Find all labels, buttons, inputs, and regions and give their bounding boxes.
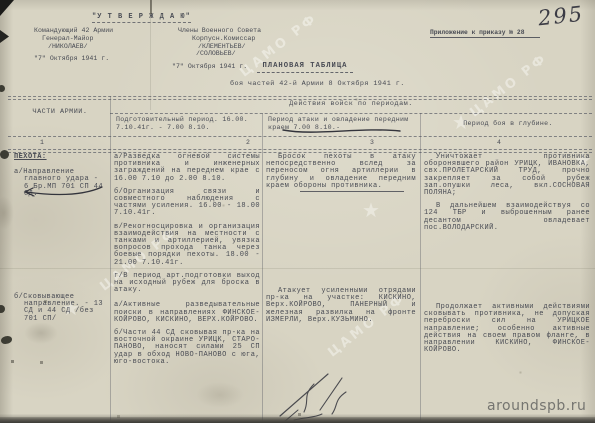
handwritten-scribbles: [276, 368, 366, 423]
depth-item: В дальнейшем взаимодействуя со 124 ТБР и…: [424, 203, 590, 232]
attack-item: Бросок пехоты в атаку непосредственно вс…: [266, 154, 416, 190]
edge-tear-mark: [0, 30, 9, 43]
depth-item: Продолжает активными действиями сковыват…: [424, 304, 590, 354]
paper-stain: [196, 382, 244, 408]
scan-bottom-edge: [0, 417, 595, 423]
depth-item: Уничтожает противника оборонявшего район…: [424, 154, 590, 197]
column-header-preparation: Подготовительный период. 16.00. 7.10.41г…: [116, 116, 260, 132]
span-header-rule: [110, 113, 592, 114]
column-number-2: 2: [246, 139, 250, 146]
preparation-item: б/Части 44 СД сковывая пр-ка на восточно…: [114, 330, 260, 366]
paper-stain: [24, 322, 58, 344]
units-heading: ПЕХОТА:: [14, 154, 106, 161]
punch-hole: [0, 85, 5, 92]
cell-attack: Бросок пехоты в атаку непосредственно вс…: [266, 154, 416, 330]
span-header-periods: Действия войск по периодам.: [110, 100, 592, 108]
handwritten-underline-mark: [280, 126, 404, 136]
approve-stamp: "У Т В Е Р Ж Д А Ю": [92, 13, 191, 23]
council-post: Члены Военного Совета: [172, 27, 300, 35]
period-header-rule: [8, 136, 592, 137]
fold-crease: [0, 268, 595, 269]
site-watermark: aroundspb.ru: [487, 398, 586, 414]
council-name-1: /КЛЕМЕНТЬЕВ/: [172, 43, 300, 51]
preparation-item: в/Рекогносцировка и организация взаимоде…: [114, 224, 260, 267]
commander-post: Командующий 42 Армии: [34, 27, 164, 35]
preparation-item: а/Разведка огневой системы противника и …: [114, 154, 260, 183]
commander-name: /НИКОЛАЕВ/: [34, 43, 164, 51]
commander-rank: Генерал-Майор: [34, 35, 164, 43]
document-subtitle: боя частей 42-й Армии 8 Октября 1941 г.: [230, 80, 422, 88]
commander-date: "7" Октября 1941 г.: [34, 55, 164, 63]
council-rank: Корпусн.Комиссар: [172, 35, 300, 43]
column-header-depth: Период боя в глубине.: [426, 120, 590, 128]
document-title: ПЛАНОВАЯ ТАБЛИЦА: [257, 62, 353, 73]
cell-preparation: а/Разведка огневой системы противника и …: [114, 154, 260, 372]
attack-item: Атакует усиленными отрядами пр-ка на уча…: [266, 288, 416, 324]
paper-specks: [0, 0, 1, 1]
handwritten-arrow-mark: [20, 184, 106, 200]
handwritten-page-number: 295: [537, 2, 585, 31]
preparation-item: г/В период арт.подготовки выход на исход…: [114, 273, 260, 295]
cell-units: ПЕХОТА: а/Направление главного удара - 6…: [12, 154, 106, 329]
secondary-direction: б/Сковывающее направление. - 13 СД и 44 …: [12, 294, 106, 323]
commander-signature-block: Командующий 42 Армии Генерал-Майор /НИКО…: [34, 27, 164, 63]
punch-hole: [0, 305, 5, 313]
cell-depth: Уничтожает противника оборонявшего район…: [424, 154, 590, 360]
council-name-2: /СОЛОВЬЕВ/: [172, 50, 300, 58]
preparation-item: а/Активные разведывательные поиски в нап…: [114, 302, 260, 324]
column-number-4: 4: [497, 139, 501, 146]
fold-crease: [150, 0, 151, 110]
annex-note: Приложение к приказу № 28: [430, 29, 540, 38]
column-header-units: ЧАСТИ АРМИИ.: [16, 108, 104, 116]
scanned-document-page: ЦАМО РФ ЦАМО РФ ЦАМО РФ ЦАМО РФ ★ ★ ★ ★ …: [0, 0, 595, 423]
torn-corner-mark: [0, 0, 14, 16]
punch-hole: [0, 150, 9, 159]
column-number-3: 3: [370, 139, 374, 146]
preparation-item: б/Организация связи и совместного наблюд…: [114, 189, 260, 218]
column-divider-1: [110, 96, 111, 423]
typed-underline: [300, 191, 404, 192]
column-number-1: 1: [40, 139, 44, 146]
